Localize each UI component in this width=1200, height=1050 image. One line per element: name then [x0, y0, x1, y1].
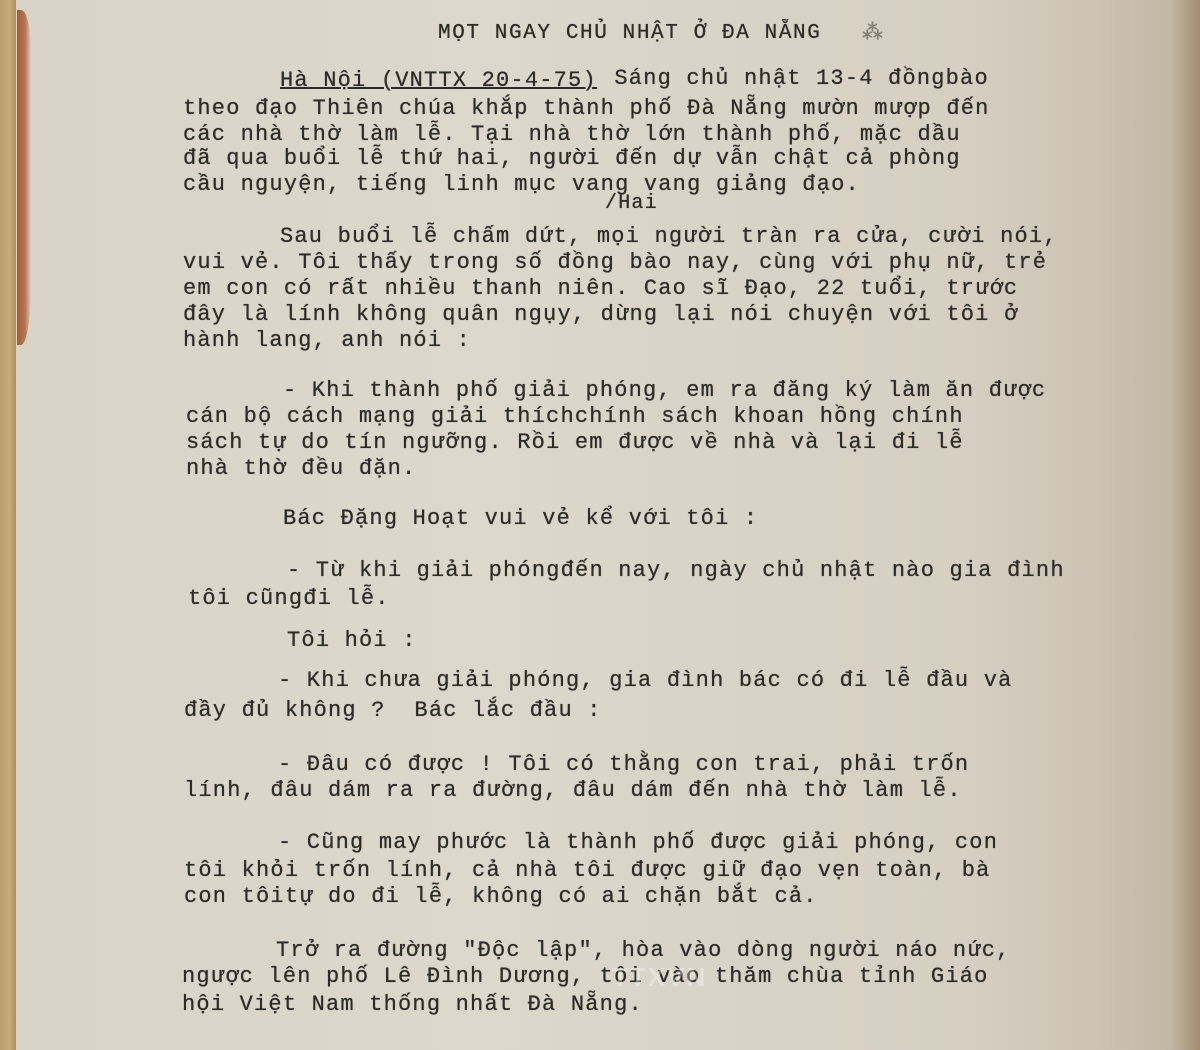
- paragraph-line: tôi khỏi trốn lính, cả nhà tôi được giữ …: [184, 858, 991, 883]
- paragraph-line: vui vẻ. Tôi thấy trong số đồng bào nay, …: [183, 250, 1047, 275]
- paragraph-line: đã qua buổi lễ thứ hai, người đến dự vẫn…: [183, 146, 961, 171]
- paragraph-line: - Đâu có được ! Tôi có thằng con trai, p…: [278, 752, 969, 777]
- paragraph-line: Sau buổi lễ chấm dứt, mọi người tràn ra …: [280, 224, 1058, 249]
- paragraph-line: các nhà thờ làm lễ. Tại nhà thờ lớn thàn…: [183, 122, 961, 147]
- author-initials: /Hai: [605, 192, 658, 215]
- paragraph-line: Bác Đặng Hoạt vui vẻ kể với tôi :: [283, 506, 758, 531]
- paragraph-line: Trở ra đường "Độc lập", hòa vào dòng ngư…: [276, 938, 1011, 963]
- title-mark: ⁂: [862, 20, 885, 46]
- paragraph-line: - Khi chưa giải phóng, gia đình bác có đ…: [278, 668, 1013, 693]
- paragraph-line: - Khi thành phố giải phóng, em ra đăng k…: [283, 378, 1046, 403]
- paragraph-line: cầu nguyện, tiếng linh mục vang vang giả…: [183, 172, 860, 197]
- paragraph-line: lính, đâu dám ra ra đường, đâu dám đến n…: [184, 778, 962, 803]
- paragraph-line: sách tự do tín ngưỡng. Rồi em được về nh…: [186, 430, 964, 455]
- agency-watermark: TTXVN: [612, 962, 707, 993]
- dateline: Hà Nội (VNTTX 20-4-75): [280, 68, 597, 93]
- paragraph-line: - Cũng may phước là thành phố được giải …: [278, 830, 998, 855]
- paragraph-line: con tôitự do đi lễ, không có ai chặn bắt…: [184, 884, 818, 909]
- paragraph-line: - Từ khi giải phóngđến nay, ngày chủ nhậ…: [287, 558, 1065, 583]
- paragraph-line: đây là lính không quân ngụy, dừng lại nó…: [183, 302, 1018, 327]
- paragraph-line: em con có rất nhiều thanh niên. Cao sĩ Đ…: [183, 276, 1018, 301]
- paragraph-line: nhà thờ đều đặn.: [186, 456, 416, 481]
- paragraph-line: tôi cũngđi lễ.: [188, 586, 390, 611]
- document-body: MỌT NGAY CHỦ NHẬT Ở ĐA NẴNG ⁂ Hà Nội (VN…: [0, 0, 1200, 1050]
- paragraph-line: đầy đủ không ? Bác lắc đầu :: [184, 698, 602, 723]
- paragraph-line: hành lang, anh nói :: [183, 328, 471, 353]
- paragraph-line: Sáng chủ nhật 13-4 đồngbào: [600, 66, 989, 91]
- paragraph-line: ngược lên phố Lê Đình Dương, tôi vào thă…: [182, 964, 989, 989]
- paragraph-line: cán bộ cách mạng giải thíchchính sách kh…: [186, 404, 964, 429]
- paragraph-line: Tôi hỏi :: [287, 628, 417, 653]
- paragraph-line: theo đạo Thiên chúa khắp thành phố Đà Nẵ…: [183, 96, 990, 121]
- paragraph-line: hội Việt Nam thống nhất Đà Nẵng.: [182, 992, 643, 1017]
- document-title: MỌT NGAY CHỦ NHẬT Ở ĐA NẴNG: [438, 22, 821, 45]
